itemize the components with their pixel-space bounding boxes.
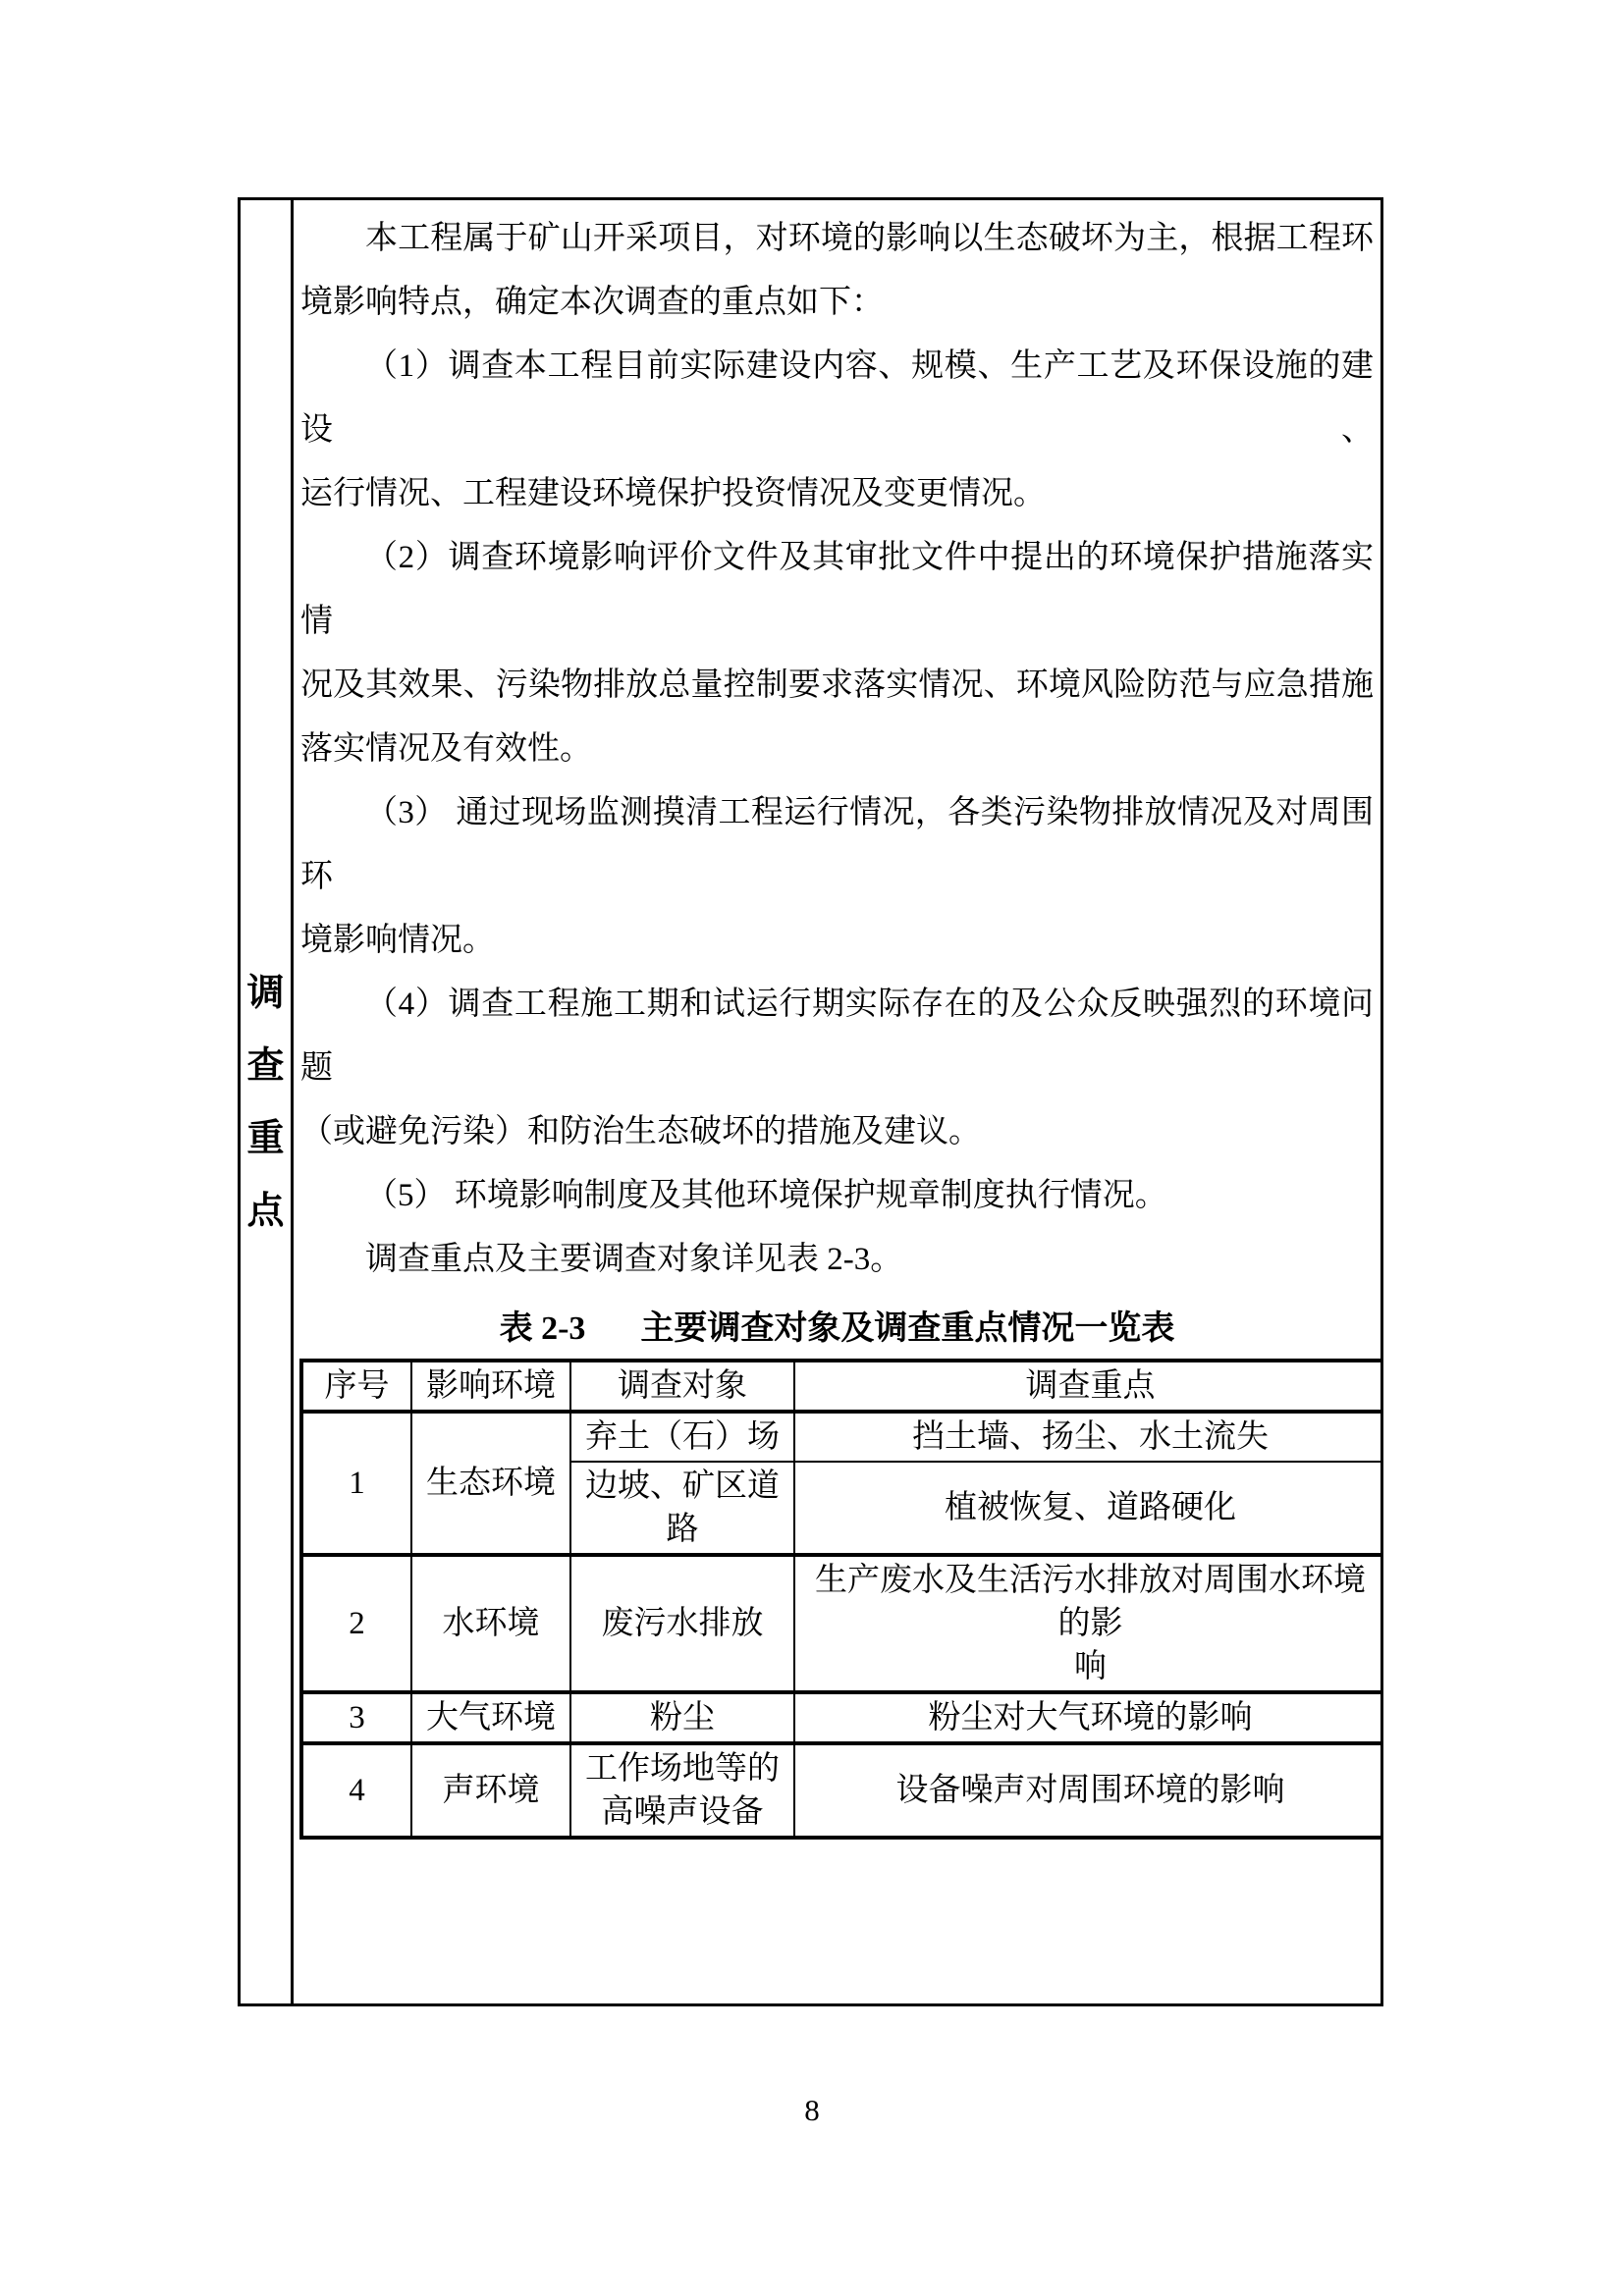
cell-focus: 粉尘对大气环境的影响 bbox=[794, 1692, 1380, 1743]
paragraph-line: （5） 环境影响制度及其他环境保护规章制度执行情况。 bbox=[300, 1164, 1374, 1228]
cell-focus: 设备噪声对周围环境的影响 bbox=[794, 1743, 1380, 1838]
table-row: 3 大气环境 粉尘 粉尘对大气环境的影响 bbox=[301, 1692, 1380, 1743]
cell-focus: 生产废水及生活污水排放对周围水环境的影 响 bbox=[794, 1555, 1380, 1692]
cell-environment: 声环境 bbox=[411, 1743, 570, 1838]
cell-focus: 挡土墙、扬尘、水土流失 bbox=[794, 1412, 1380, 1462]
table-title-text: 主要调查对象及调查重点情况一览表 bbox=[640, 1310, 1174, 1347]
cell-index: 4 bbox=[301, 1743, 411, 1838]
paragraph-line: 运行情况、工程建设环境保护投资情况及变更情况。 bbox=[300, 462, 1374, 526]
table-row: 2 水环境 废污水排放 生产废水及生活污水排放对周围水环境的影 响 bbox=[301, 1555, 1380, 1692]
document-frame: 调 查 重 点 本工程属于矿山开采项目，对环境的影响以生态破坏为主，根据工程环 … bbox=[238, 197, 1383, 2006]
cell-object: 废污水排放 bbox=[570, 1555, 794, 1692]
cell-focus: 植被恢复、道路硬化 bbox=[794, 1462, 1380, 1555]
cell-environment: 水环境 bbox=[411, 1555, 570, 1692]
table-header-row: 序号 影响环境 调查对象 调查重点 bbox=[301, 1361, 1380, 1412]
header-cell-object: 调查对象 bbox=[570, 1361, 794, 1412]
table-row: 1 生态环境 弃土（石）场 挡土墙、扬尘、水土流失 bbox=[301, 1412, 1380, 1462]
cell-object: 粉尘 bbox=[570, 1692, 794, 1743]
table-row: 4 声环境 工作场地等的 高噪声设备 设备噪声对周围环境的影响 bbox=[301, 1743, 1380, 1838]
sidebar-char: 调 bbox=[246, 974, 284, 1013]
table-title-number: 表 2-3 bbox=[500, 1310, 586, 1347]
paragraph-line: 境影响特点，确定本次调查的重点如下： bbox=[300, 271, 1374, 335]
paragraph-line: （或避免污染）和防治生态破坏的措施及建议。 bbox=[300, 1100, 1374, 1164]
paragraph-line: 落实情况及有效性。 bbox=[300, 718, 1374, 781]
sidebar-char: 查 bbox=[246, 1046, 284, 1086]
header-cell-index: 序号 bbox=[301, 1361, 411, 1412]
header-cell-environment: 影响环境 bbox=[411, 1361, 570, 1412]
sidebar-row-label: 调 查 重 点 bbox=[241, 200, 294, 2003]
content-area: 本工程属于矿山开采项目，对环境的影响以生态破坏为主，根据工程环 境影响特点，确定… bbox=[294, 200, 1380, 2003]
survey-table: 序号 影响环境 调查对象 调查重点 1 生态环境 弃土（石）场 挡土墙、扬尘、水… bbox=[299, 1359, 1380, 1840]
cell-index: 1 bbox=[301, 1412, 411, 1555]
table-title: 表 2-3主要调查对象及调查重点情况一览表 bbox=[300, 1300, 1374, 1359]
header-cell-focus: 调查重点 bbox=[794, 1361, 1380, 1412]
paragraph-line: （1）调查本工程目前实际建设内容、规模、生产工艺及环保设施的建设、 bbox=[300, 335, 1374, 462]
cell-object: 边坡、矿区道路 bbox=[570, 1462, 794, 1555]
sidebar-char: 点 bbox=[246, 1192, 284, 1231]
cell-environment: 大气环境 bbox=[411, 1692, 570, 1743]
paragraph-line: 境影响情况。 bbox=[300, 909, 1374, 973]
cell-object: 工作场地等的 高噪声设备 bbox=[570, 1743, 794, 1838]
paragraph-line: 况及其效果、污染物排放总量控制要求落实情况、环境风险防范与应急措施 bbox=[300, 654, 1374, 718]
paragraph-line: （3） 通过现场监测摸清工程运行情况，各类污染物排放情况及对周围环 bbox=[300, 781, 1374, 909]
sidebar-char: 重 bbox=[246, 1119, 284, 1158]
cell-index: 3 bbox=[301, 1692, 411, 1743]
paragraph-line: （2）调查环境影响评价文件及其审批文件中提出的环境保护措施落实情 bbox=[300, 526, 1374, 654]
paragraph-line: 本工程属于矿山开采项目，对环境的影响以生态破坏为主，根据工程环 bbox=[300, 207, 1374, 271]
paragraph-line: 调查重点及主要调查对象详见表 2-3。 bbox=[300, 1228, 1374, 1292]
paragraph-line: （4）调查工程施工期和试运行期实际存在的及公众反映强烈的环境问题 bbox=[300, 973, 1374, 1100]
cell-environment: 生态环境 bbox=[411, 1412, 570, 1555]
cell-index: 2 bbox=[301, 1555, 411, 1692]
cell-object: 弃土（石）场 bbox=[570, 1412, 794, 1462]
page-number: 8 bbox=[0, 2093, 1624, 2128]
